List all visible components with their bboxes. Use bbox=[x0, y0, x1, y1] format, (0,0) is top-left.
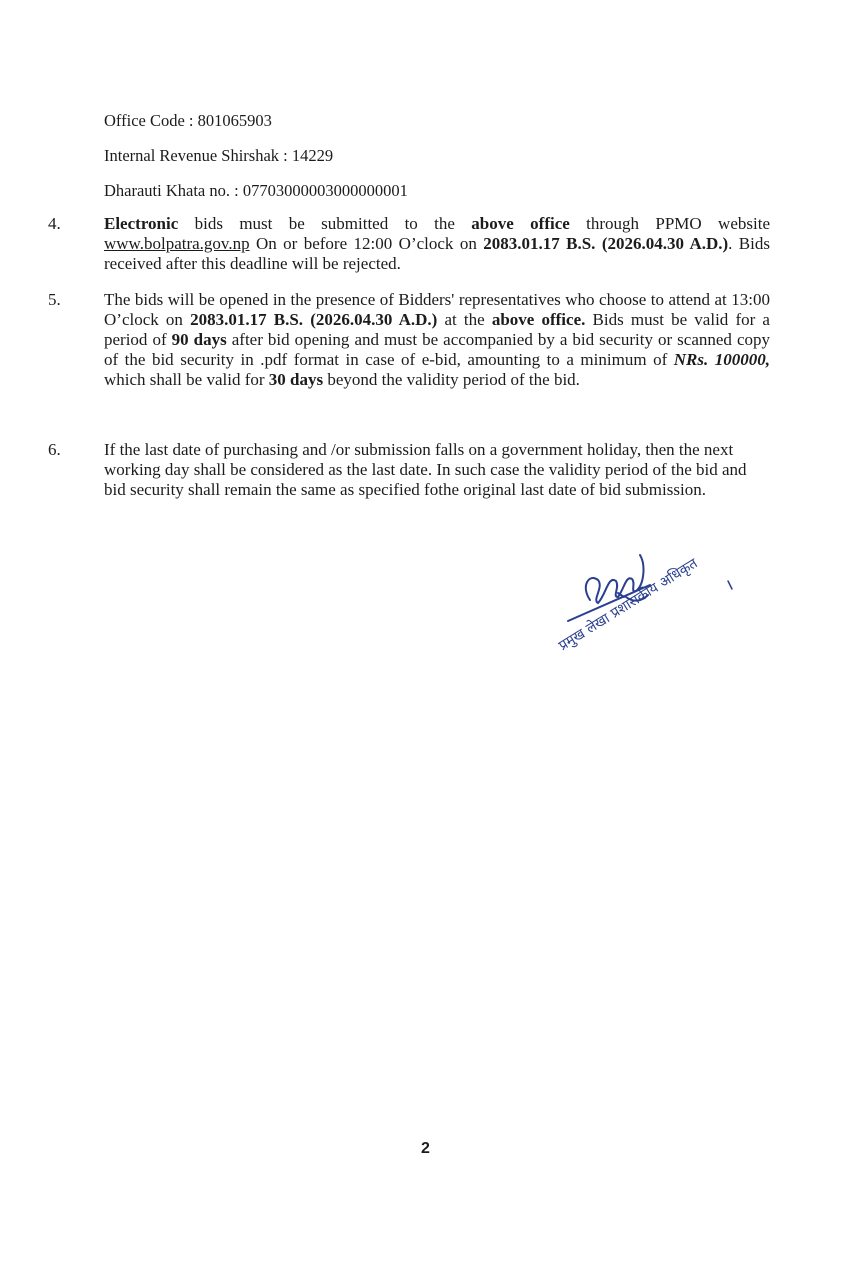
clause-4: 4. Electronic bids must be submitted to … bbox=[48, 214, 770, 274]
security-validity-days: 30 days bbox=[269, 370, 323, 389]
clause-number: 5. bbox=[48, 290, 88, 310]
clause-number: 4. bbox=[48, 214, 88, 234]
clause-6: 6. If the last date of purchasing and /o… bbox=[48, 440, 770, 500]
text-bold: above office. bbox=[492, 310, 586, 329]
clause-number: 6. bbox=[48, 440, 88, 460]
page-number: 2 bbox=[421, 1140, 430, 1158]
office-code: Office Code : 801065903 bbox=[104, 111, 272, 131]
validity-days: 90 days bbox=[172, 330, 227, 349]
text: bids must be submitted to the bbox=[178, 214, 471, 233]
revenue-shirshak: Internal Revenue Shirshak : 14229 bbox=[104, 146, 333, 166]
opening-date: 2083.01.17 B.S. (2026.04.30 A.D.) bbox=[190, 310, 437, 329]
text: beyond the validity period of the bid. bbox=[323, 370, 580, 389]
clause-text: Electronic bids must be submitted to the… bbox=[104, 214, 770, 274]
signature-icon bbox=[560, 545, 770, 670]
bid-security-amount: NRs. 100000, bbox=[674, 350, 770, 369]
text-bold: above office bbox=[471, 214, 570, 233]
clause-5: 5. The bids will be opened in the presen… bbox=[48, 290, 770, 390]
dharauti-khata: Dharauti Khata no. : 0770300000300000000… bbox=[104, 181, 408, 201]
deadline-date: 2083.01.17 B.S. (2026.04.30 A.D.) bbox=[483, 234, 728, 253]
clause-text: The bids will be opened in the presence … bbox=[104, 290, 770, 390]
text-bold: Electronic bbox=[104, 214, 178, 233]
text: which shall be valid for bbox=[104, 370, 269, 389]
bolpatra-link[interactable]: www.bolpatra.gov.np bbox=[104, 234, 250, 253]
clause-text: If the last date of purchasing and /or s… bbox=[104, 440, 770, 500]
text: at the bbox=[437, 310, 492, 329]
text: On or before 12:00 O’clock on bbox=[250, 234, 484, 253]
text: through PPMO website bbox=[570, 214, 770, 233]
